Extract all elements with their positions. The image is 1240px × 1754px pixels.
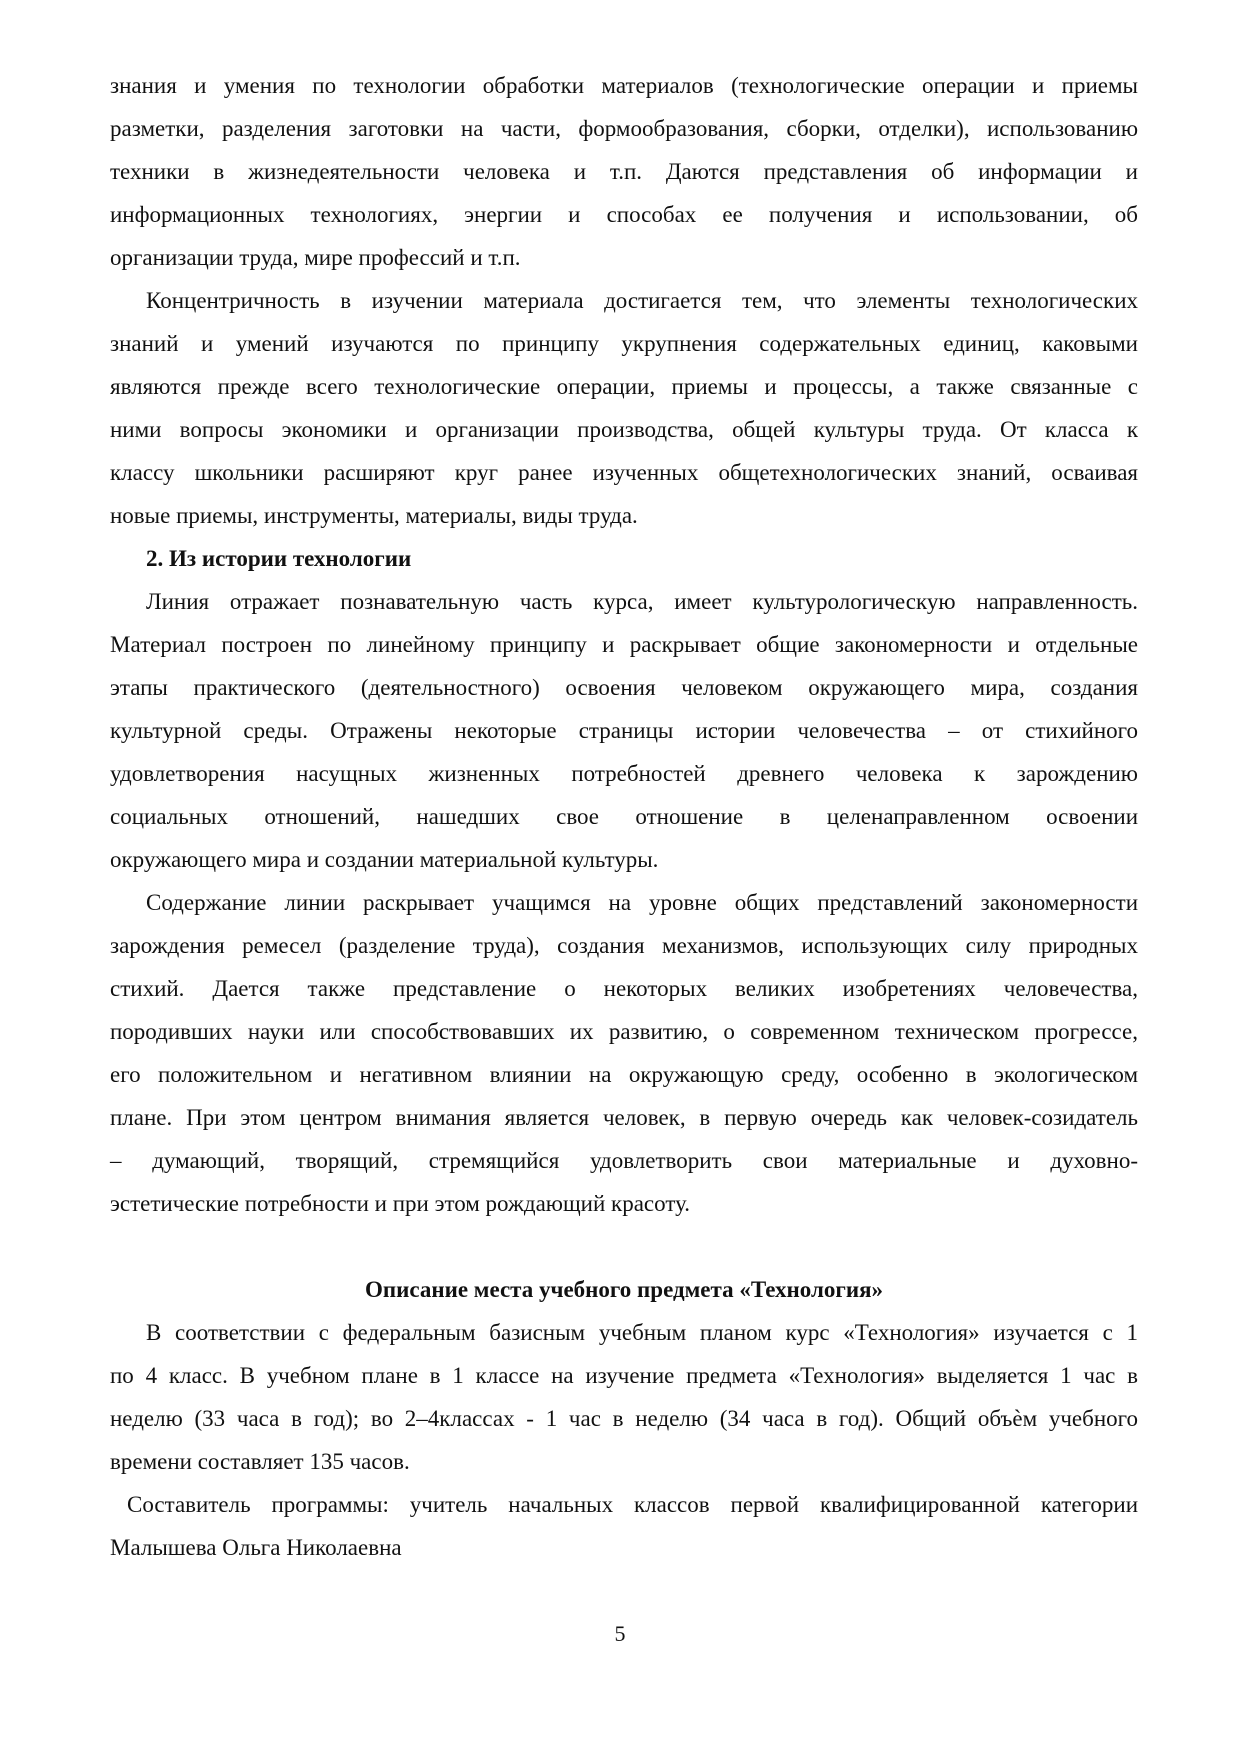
text-line: стихий. Дается также представление о нек… [110,967,1138,1010]
text-line: удовлетворения насущных жизненных потреб… [110,752,1138,795]
paragraph: Концентричность в изучении материала дос… [110,279,1138,537]
page-footer: 5 [0,1612,1240,1655]
text-line: зарождения ремесел (разделение труда), с… [110,924,1138,967]
paragraph: знания и умения по технологии обработки … [110,64,1138,279]
text-line: Материал построен по линейному принципу … [110,623,1138,666]
text-line: неделю (33 часа в год); во 2–4классах - … [110,1397,1138,1440]
text-line: ними вопросы экономики и организации про… [110,408,1138,451]
text-line: классу школьники расширяют круг ранее из… [110,451,1138,494]
section-heading: 2. Из истории технологии [110,537,1138,580]
text-line: Малышева Ольга Николаевна [110,1526,1138,1569]
text-line: породивших науки или способствовавших их… [110,1010,1138,1053]
document-body: знания и умения по технологии обработки … [110,64,1138,1569]
text-line: знаний и умений изучаются по принципу ук… [110,322,1138,365]
text-line: Составитель программы: учитель начальных… [110,1483,1138,1526]
text-line: знания и умения по технологии обработки … [110,64,1138,107]
text-line: информационных технологиях, энергии и сп… [110,193,1138,236]
text-line: являются прежде всего технологические оп… [110,365,1138,408]
text-line: культурной среды. Отражены некоторые стр… [110,709,1138,752]
paragraph: Линия отражает познавательную часть курс… [110,580,1138,881]
text-line: В соответствии с федеральным базисным уч… [110,1311,1138,1354]
text-line: этапы практического (деятельностного) ос… [110,666,1138,709]
section-heading: Описание места учебного предмета «Технол… [110,1268,1138,1311]
document-page: { "page": { "background": "#ffffff", "te… [0,0,1240,1754]
text-line: окружающего мира и создании материальной… [110,838,1138,881]
page-number: 5 [615,1621,626,1646]
text-line: 2. Из истории технологии [110,537,1138,580]
text-line: плане. При этом центром внимания являетс… [110,1096,1138,1139]
text-line: новые приемы, инструменты, материалы, ви… [110,494,1138,537]
text-line: организации труда, мире профессий и т.п. [110,236,1138,279]
text-line: – думающий, творящий, стремящийся удовле… [110,1139,1138,1182]
text-line: эстетические потребности и при этом рожд… [110,1182,1138,1225]
paragraph: В соответствии с федеральным базисным уч… [110,1311,1138,1483]
text-line: Содержание линии раскрывает учащимся на … [110,881,1138,924]
spacer [110,1225,1138,1268]
text-line: по 4 класс. В учебном плане в 1 классе н… [110,1354,1138,1397]
text-line: разметки, разделения заготовки на части,… [110,107,1138,150]
text-line: Описание места учебного предмета «Технол… [110,1268,1138,1311]
text-line: социальных отношений, нашедших свое отно… [110,795,1138,838]
text-line: времени составляет 135 часов. [110,1440,1138,1483]
paragraph: Составитель программы: учитель начальных… [110,1483,1138,1569]
text-line: Концентричность в изучении материала дос… [110,279,1138,322]
text-line: его положительном и негативном влиянии н… [110,1053,1138,1096]
paragraph: Содержание линии раскрывает учащимся на … [110,881,1138,1225]
text-line: Линия отражает познавательную часть курс… [110,580,1138,623]
text-line: техники в жизнедеятельности человека и т… [110,150,1138,193]
